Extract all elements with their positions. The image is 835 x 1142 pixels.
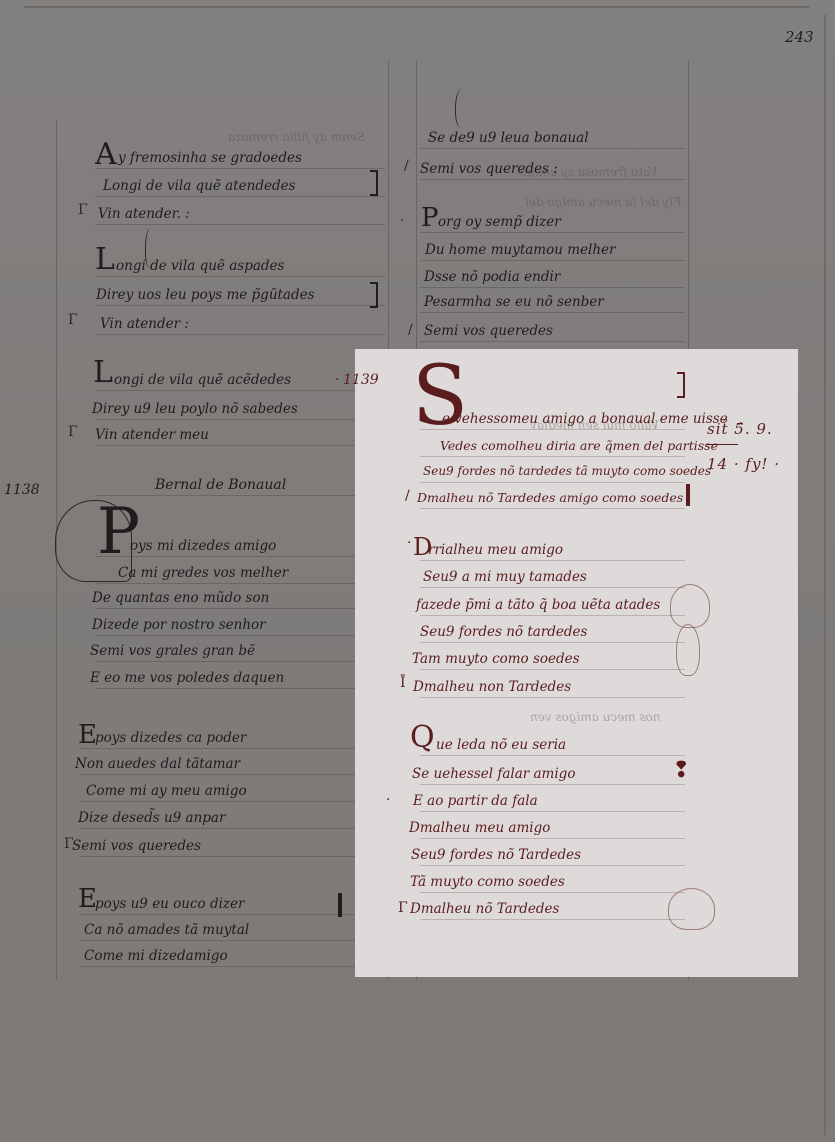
bracket-mark: [370, 170, 378, 196]
verse-line: Dmalheu meu amigo: [409, 820, 550, 836]
margin-flourish: [670, 584, 710, 628]
ruled-line: [80, 856, 355, 857]
bleed-through-text: Senm ay fillia rremoza: [228, 130, 365, 144]
refrain-line: Dmalheu nõ Tardedes amigo como soedes: [417, 490, 683, 505]
verse-line: Direy uos leu poys me p̃gũtades: [96, 287, 315, 303]
ruled-line: [95, 635, 355, 636]
bleed-through-text: nos mecu amigos ven: [530, 710, 661, 724]
refrain-line: Vin atender meu: [95, 427, 209, 443]
ruled-line: [95, 334, 385, 335]
poem-number-middle: 1139: [343, 372, 379, 388]
ruled-line: [80, 774, 355, 775]
ruled-line: [80, 748, 355, 749]
ruled-line: [420, 482, 685, 483]
ruled-line: [95, 196, 385, 197]
ruled-line: [95, 661, 355, 662]
manuscript-page: Senm ay fillia rremoza Vata fremosa sy a…: [0, 0, 835, 1142]
ruled-line: [95, 305, 385, 306]
verse-line: Direy u9 leu poylo nõ sabedes: [92, 401, 298, 417]
ruled-line: [420, 669, 685, 670]
ruled-line: [95, 224, 385, 225]
ruled-line: [420, 919, 685, 920]
ruled-line: [420, 642, 685, 643]
bar-mark: [338, 893, 342, 917]
initial-letter: A: [95, 140, 117, 170]
ruled-line: [95, 390, 355, 391]
paragraph-mark: Γ: [68, 424, 78, 440]
ruled-line: [420, 341, 685, 342]
dot-mark: ·: [400, 213, 404, 229]
initial-letter: L: [93, 358, 113, 388]
ruled-line: [420, 865, 685, 866]
ruled-line: [80, 828, 355, 829]
verse-line: Du home muytamou melher: [425, 242, 615, 258]
ruled-line: [420, 508, 685, 509]
ruled-line: [95, 608, 355, 609]
paragraph-mark: /: [408, 322, 413, 338]
verse-line: E ao partir da fala: [413, 793, 538, 809]
verse-line: Vedes comolheu diria are q̃men del parti…: [440, 438, 718, 453]
author-heading: Bernal de Bonaual: [155, 477, 286, 493]
ruled-line: [420, 697, 685, 698]
refrain-line: Semi vos queredes :: [420, 161, 558, 177]
bracket-mark: [370, 282, 378, 308]
paragraph-mark: Ī: [400, 675, 406, 691]
ruled-line: [420, 287, 685, 288]
ruled-line: [80, 940, 355, 941]
dot-mark: ·: [386, 792, 390, 808]
verse-line: rrialheu meu amigo: [428, 542, 563, 558]
verse-line: ongi de vila quẽ aspades: [116, 258, 284, 274]
ruled-line: [420, 784, 685, 785]
refrain-line: Dmalheu non Tardedes: [413, 679, 571, 695]
margin-mark: ❢: [672, 758, 690, 783]
verse-line: fazede p̃mi a tãto q̃ boa uẽta atades: [416, 597, 660, 613]
verse-line: poys u9 eu ouco dizer: [95, 896, 244, 912]
ruled-line: [80, 966, 355, 967]
ruled-line: [420, 429, 685, 430]
paragraph-mark: Γ: [398, 900, 408, 916]
verse-line: ue leda nõ eu seria: [436, 737, 566, 753]
verse-line: Non auedes dal tãtamar: [75, 756, 240, 772]
paragraph-mark: /: [404, 158, 409, 174]
ruled-line: [95, 556, 355, 557]
refrain-line: Semi vos queredes: [424, 323, 553, 339]
ruled-line: [420, 312, 685, 313]
bleed-through-text: Fly del la mecu amigo del: [525, 195, 681, 209]
bar-mark: [686, 484, 690, 506]
paragraph-mark: Γ: [78, 202, 88, 218]
ruled-line: [420, 179, 685, 180]
verse-line: De quantas eno mũdo son: [92, 590, 269, 606]
verse-line: Tam muyto como soedes: [412, 651, 580, 667]
ruled-line: [95, 445, 355, 446]
verse-line: Longi de vila quẽ atendedes: [103, 178, 296, 194]
paragraph-mark: Γ: [68, 312, 78, 328]
ruled-line: [95, 168, 385, 169]
verse-line: Semi vos grales gran bẽ: [90, 643, 255, 659]
verse-line: Seu9 a mi muy tamades: [423, 569, 587, 585]
refrain-line: Vin atender :: [100, 316, 189, 332]
verse-line: e vehessomeu amigo a bonaual eme uisse: [442, 411, 728, 427]
ruled-line: [420, 260, 685, 261]
verse-line: Ca nõ amades tã muytal: [84, 922, 249, 938]
verse-line: Ca mi gredes vos melher: [118, 565, 288, 581]
ruled-line: [420, 232, 685, 233]
ruled-line: [420, 838, 685, 839]
ruled-line: [420, 560, 685, 561]
verse-line: Pesarmha se eu nõ senber: [424, 294, 604, 310]
refrain-line: Semi vos queredes: [72, 838, 201, 854]
ruled-line: [80, 914, 355, 915]
ruled-line: [95, 419, 355, 420]
initial-letter: L: [95, 245, 115, 275]
margin-flourish: [676, 624, 700, 676]
verse-line: Se de9 u9 leua bonaual: [428, 130, 589, 146]
margin-note-line2: 14 · fy! ·: [707, 455, 780, 473]
verse-line: oys mi dizedes amigo: [130, 538, 276, 554]
page-right-edge: [824, 15, 826, 1135]
ruled-line: [420, 587, 685, 588]
verse-line: y fremosinha se gradoedes: [118, 150, 302, 166]
verse-line: Come mi dizedamigo: [84, 948, 228, 964]
ruled-line: [80, 801, 355, 802]
paragraph-mark: /: [405, 488, 410, 504]
ruled-line: [420, 456, 685, 457]
refrain-line: Dmalheu nõ Tardedes: [410, 901, 559, 917]
verse-line: Seu9 fordes nõ tardedes: [420, 624, 587, 640]
verse-line: E eo me vos poledes daquen: [90, 670, 284, 686]
dot-mark: ·: [407, 535, 411, 551]
margin-flourish: [668, 888, 715, 930]
verse-line: Dsse nõ podia endir: [424, 269, 560, 285]
verse-line: Tã muyto como soedes: [410, 874, 565, 890]
verse-line: ongi de vila quẽ acẽdedes: [114, 372, 291, 388]
ruled-line: [420, 892, 685, 893]
ruled-line: [95, 688, 355, 689]
ruled-line: [95, 583, 355, 584]
initial-letter: Q: [410, 723, 435, 753]
verse-line: org oy semp̃ dizer: [438, 214, 561, 230]
verse-line: Seu9 fordes nõ Tardedes: [411, 847, 581, 863]
ascender-flourish: [455, 88, 470, 128]
refrain-line: Vin atender. :: [98, 206, 190, 222]
ruled-line: [95, 276, 385, 277]
folio-number: 243: [785, 28, 814, 46]
page-top-edge: [24, 6, 809, 8]
poem-number-left: 1138: [4, 482, 40, 498]
verse-line: Se uehessel falar amigo: [412, 766, 575, 782]
dot-mark: ·: [335, 372, 339, 388]
ruled-line: [420, 148, 685, 149]
initial-letter: P: [421, 205, 439, 231]
initial-letter: P: [97, 500, 140, 564]
ruled-line: [420, 755, 685, 756]
bracket-mark: [677, 372, 685, 398]
ruled-line: [420, 811, 685, 812]
verse-line: Dizede por nostro senhor: [92, 617, 266, 633]
verse-line: poys dizedes ca poder: [95, 730, 246, 746]
verse-line: Come mi ay meu amigo: [86, 783, 247, 799]
verse-line: Seu9 fordes nõ tardedes tã muyto como …: [423, 464, 711, 478]
ruled-line: [420, 615, 685, 616]
verse-line: Dize desed̃s u9 anpar: [78, 810, 225, 826]
